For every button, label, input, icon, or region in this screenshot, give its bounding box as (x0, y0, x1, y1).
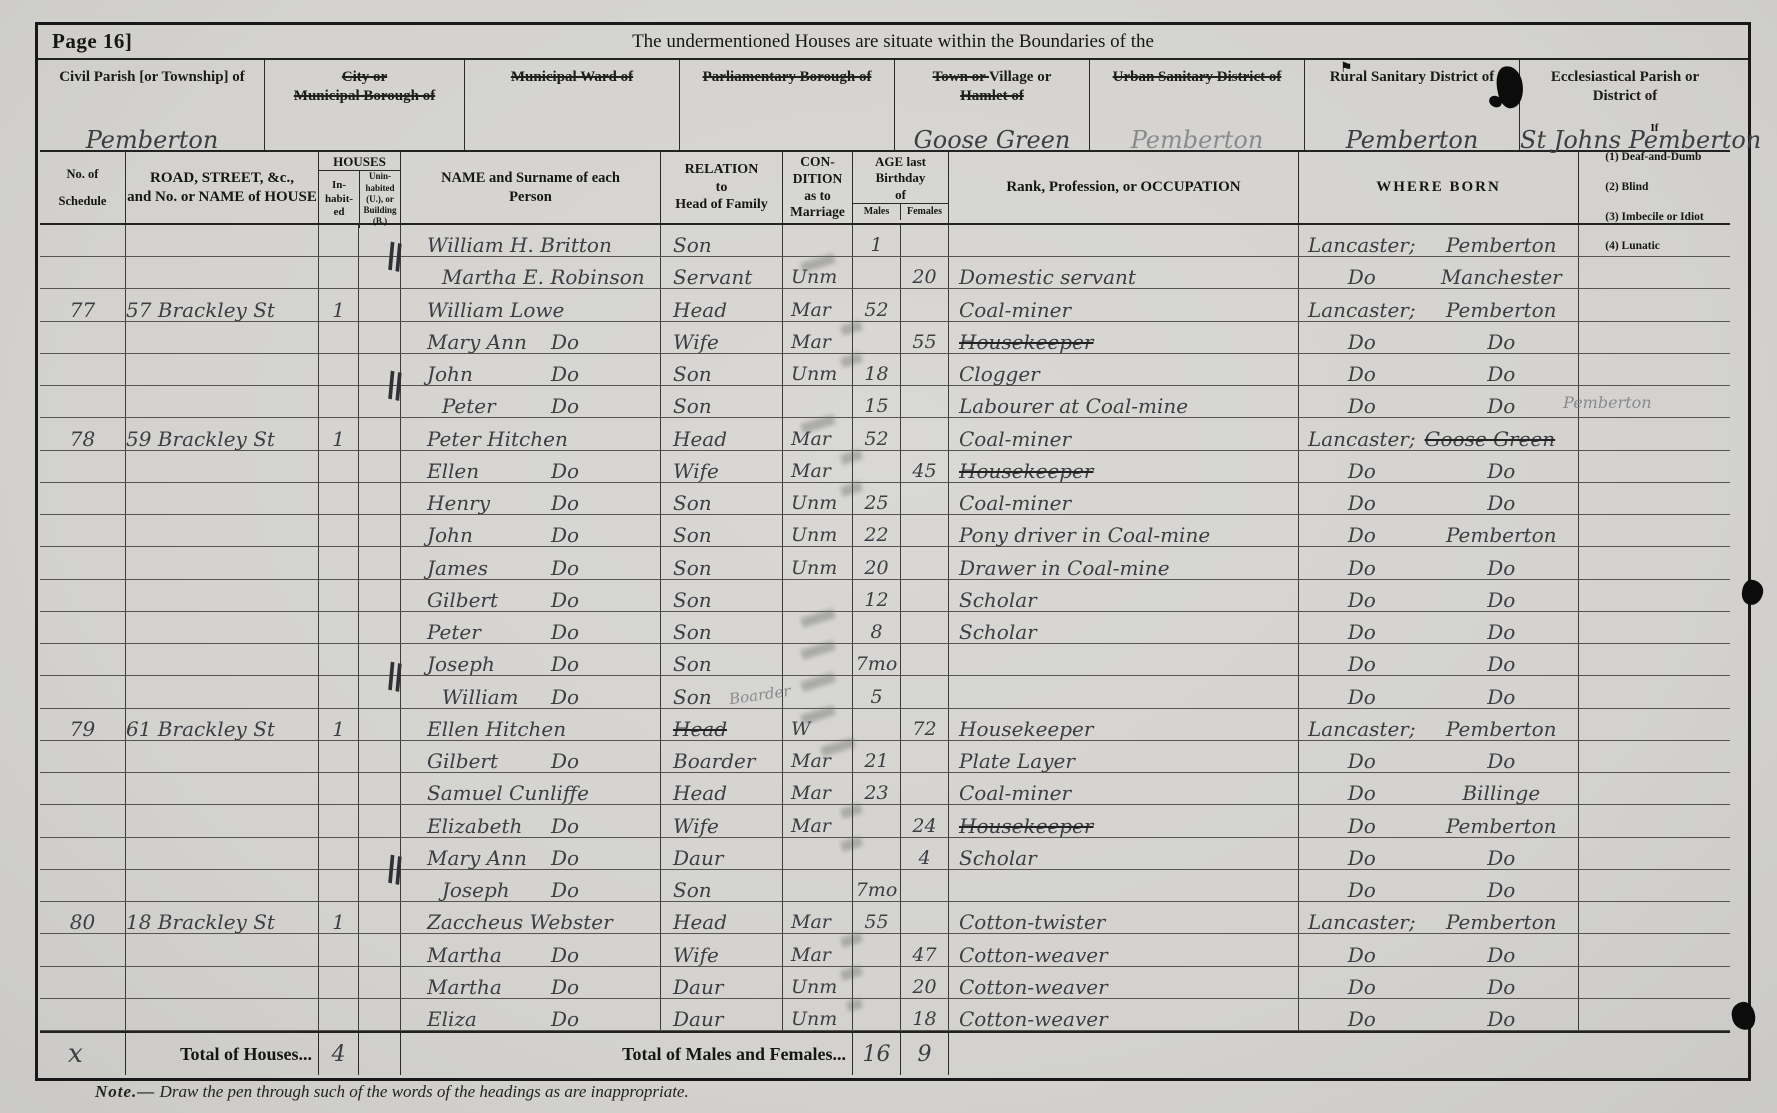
census-row: Mary AnnDoDaur4ScholarDoDo (40, 838, 1730, 870)
born-place: Pemberton (1446, 233, 1557, 258)
relation-value: Wife (673, 816, 719, 837)
born-county: Do (1299, 493, 1425, 514)
born-place: Pemberton (1446, 814, 1557, 839)
cell-rel: Son (660, 580, 782, 611)
cell-am (852, 967, 900, 998)
cell-born: DoDo (1298, 483, 1578, 514)
born-place-wrap: Do (1425, 493, 1578, 514)
cell-uninh (358, 967, 400, 998)
born-place: Do (1487, 459, 1515, 484)
census-row: \\JosephDoSon7moDoDo (40, 870, 1730, 902)
cell-born: DoDo (1298, 870, 1578, 901)
born-county: Do (1299, 622, 1425, 643)
condition-value: Unm (791, 365, 837, 385)
cell-value-sch: 78 (70, 429, 95, 450)
cell-name: JohnDo (400, 354, 660, 385)
cell-name: \\Martha E. Robinson (400, 257, 660, 288)
cell-occ: Cotton-weaver (948, 934, 1298, 965)
cell-sch (40, 386, 125, 417)
cell-uninh (358, 612, 400, 643)
cell-occ: Plate Layer (948, 741, 1298, 772)
col-header-age-group: AGE last Birthday of Males Females (852, 152, 948, 223)
cell-name: Zaccheus Webster (400, 902, 660, 933)
census-row: Samuel CunliffeHeadMar23Coal-minerDoBill… (40, 773, 1730, 805)
cell-occ: Coal-miner (948, 773, 1298, 804)
census-row: \\WilliamDoSon5DoDo (40, 676, 1730, 708)
person-surname-ditto: Do (551, 558, 579, 579)
cell-occ: Domestic servant (948, 257, 1298, 288)
born-place: Pemberton (1446, 910, 1557, 935)
cell-road (125, 838, 318, 869)
cell-occ: Cotton-weaver (948, 999, 1298, 1030)
cell-value-inh: 1 (332, 300, 345, 321)
cell-born: DoDo (1298, 547, 1578, 578)
born-place-wrap: Do (1425, 880, 1578, 901)
infirmity-line: (2) Blind (1605, 180, 1703, 195)
cell-inh: 1 (318, 902, 358, 933)
born-place-wrap: Do (1425, 558, 1578, 579)
cell-name: JosephDo (400, 644, 660, 675)
born-county: Do (1299, 687, 1425, 708)
cell-name: Ellen Hitchen (400, 709, 660, 740)
census-row: MarthaDoDaurUnm20Cotton-weaverDoDo (40, 967, 1730, 999)
header-box-2: City orMunicipal Borough of (265, 60, 465, 150)
person-surname-ditto: Do (551, 816, 579, 837)
occupation-value: Cotton-twister (959, 912, 1105, 933)
cell-am: 8 (852, 612, 900, 643)
born-place-wrap: Do (1425, 848, 1578, 869)
cell-inh (318, 386, 358, 417)
born-place-wrap: Do (1425, 364, 1578, 385)
cell-road (125, 451, 318, 482)
census-row: PeterDoSon8ScholarDoDo (40, 612, 1730, 644)
cell-cond: Mar (782, 418, 852, 449)
cell-sch: 78 (40, 418, 125, 449)
cell-af: 20 (900, 967, 948, 998)
relation-value: Son (673, 880, 712, 901)
cell-value-sch: 80 (70, 912, 95, 933)
person-surname-ditto: Do (551, 622, 579, 643)
cell-occ: Housekeeper (948, 451, 1298, 482)
census-row: JosephDoSon7moDoDo (40, 644, 1730, 676)
totals-check-mark: x (68, 1039, 83, 1069)
census-row: JohnDoSonUnm18CloggerDoDo (40, 354, 1730, 386)
born-place-wrap: Do (1425, 332, 1578, 353)
cell-inh (318, 676, 358, 707)
born-place-wrap: Pemberton (1425, 719, 1578, 740)
occupation-value: Drawer in Coal-mine (959, 558, 1170, 579)
cell-af (900, 902, 948, 933)
born-place-wrap: Do (1425, 654, 1578, 675)
born-place: Do (1487, 878, 1515, 903)
person-name: John (427, 364, 473, 385)
cell-road (125, 644, 318, 675)
cell-born: DoDo (1298, 999, 1578, 1030)
person-name: William Lowe (427, 300, 564, 321)
relation-value: Daur (673, 848, 723, 869)
born-county: Lancaster; (1299, 719, 1425, 740)
header-box-1: Civil Parish [or Township] ofPemberton (40, 60, 265, 150)
totals-houses-label: Total of Houses... (125, 1033, 318, 1075)
condition-value: Unm (791, 1010, 837, 1030)
cell-inh (318, 644, 358, 675)
cell-road (125, 515, 318, 546)
person-surname-ditto: Do (551, 493, 579, 514)
cell-born: DoDo (1298, 741, 1578, 772)
cell-born: Lancaster;Pemberton (1298, 289, 1578, 320)
totals-mark-cell: x (40, 1033, 125, 1075)
cell-occ: Coal-miner (948, 418, 1298, 449)
cell-inf (1578, 805, 1730, 836)
born-place-wrap: Goose GreenPemberton (1425, 429, 1578, 450)
relation-value: Daur (673, 1009, 723, 1030)
col-header-houses-group: HOUSES In- habit- ed Unin- habited (U.),… (318, 152, 400, 223)
cell-uninh (358, 451, 400, 482)
cell-sch: 77 (40, 289, 125, 320)
flag-mark-icon: ⚑ (1340, 60, 1353, 77)
cell-af: 55 (900, 322, 948, 353)
born-place: Pemberton (1446, 523, 1557, 548)
cell-inh (318, 225, 358, 256)
cell-value-road: 59 Brackley St (126, 429, 275, 450)
cell-occ (948, 870, 1298, 901)
cell-cond: Mar (782, 289, 852, 320)
born-place: Pemberton (1446, 717, 1557, 742)
cell-inh (318, 515, 358, 546)
cell-name: PeterDo (400, 612, 660, 643)
cell-af (900, 644, 948, 675)
cell-rel: Daur (660, 967, 782, 998)
born-place: Do (1487, 846, 1515, 871)
census-row: \\PeterDoSon15Labourer at Coal-mineDoDo (40, 386, 1730, 418)
person-name: Samuel Cunliffe (427, 783, 589, 804)
person-name: Joseph (442, 880, 510, 901)
cell-cond: Mar (782, 934, 852, 965)
born-county: Do (1299, 332, 1425, 353)
relation-value: Son (673, 558, 712, 579)
cell-inf (1578, 483, 1730, 514)
age-value: 21 (864, 752, 888, 772)
born-place-wrap: Pemberton (1425, 816, 1578, 837)
cell-occ: Housekeeper (948, 709, 1298, 740)
relation-value: Son (673, 590, 712, 611)
cell-cond: Unm (782, 515, 852, 546)
cell-am (852, 838, 900, 869)
totals-mf-label: Total of Males and Females... (400, 1033, 852, 1075)
born-place: Do (1487, 685, 1515, 710)
cell-inh (318, 580, 358, 611)
cell-value-inh: 1 (332, 429, 345, 450)
cell-rel: Head (660, 418, 782, 449)
cell-road: 61 Brackley St (125, 709, 318, 740)
person-surname-ditto: Do (551, 364, 579, 385)
col-header-inhabited: In- habit- ed (319, 171, 359, 227)
cell-cond: Unm (782, 354, 852, 385)
cell-inf (1578, 838, 1730, 869)
cell-am: 52 (852, 289, 900, 320)
census-row: ElizabethDoWifeMar24HousekeeperDoPembert… (40, 805, 1730, 837)
cell-am: 7mo (852, 644, 900, 675)
cell-af (900, 515, 948, 546)
born-county: Do (1299, 396, 1425, 417)
age-value: 7mo (856, 881, 898, 901)
cell-uninh (358, 999, 400, 1030)
cell-inh (318, 451, 358, 482)
person-surname-ditto: Do (551, 751, 579, 772)
cell-name: ElizaDo (400, 999, 660, 1030)
census-rows: William H. BrittonSon1Lancaster;Pemberto… (40, 225, 1730, 1031)
cell-uninh (358, 773, 400, 804)
cell-rel: Son (660, 547, 782, 578)
cell-inf (1578, 967, 1730, 998)
born-place-wrap: Billinge (1425, 783, 1578, 804)
cell-cond (782, 870, 852, 901)
occupation-value: Cotton-weaver (959, 1009, 1108, 1030)
cell-sch (40, 838, 125, 869)
header-box-value: Pemberton (1090, 126, 1304, 154)
born-county: Do (1299, 848, 1425, 869)
born-place-wrap: Do (1425, 622, 1578, 643)
cell-occ (948, 225, 1298, 256)
born-place-wrap: Do (1425, 396, 1578, 417)
header-box-value: Pemberton (40, 126, 264, 154)
person-surname-ditto: Do (551, 945, 579, 966)
census-row: MarthaDoWifeMar47Cotton-weaverDoDo (40, 934, 1730, 966)
born-place: Do (1487, 362, 1515, 387)
cell-am (852, 709, 900, 740)
cell-am: 18 (852, 354, 900, 385)
cell-rel: Son (660, 354, 782, 385)
occupation-value: Coal-miner (959, 783, 1071, 804)
born-place: Do (1487, 943, 1515, 968)
header-box-value: Pemberton (1305, 126, 1519, 154)
born-county: Do (1299, 558, 1425, 579)
occupation-value: Coal-miner (959, 429, 1071, 450)
condition-value: Mar (791, 946, 831, 966)
relation-value: Wife (673, 332, 719, 353)
cell-occ: Clogger (948, 354, 1298, 385)
col-header-males: Males (853, 204, 900, 220)
cell-rel: Daur (660, 999, 782, 1030)
cell-am: 5 (852, 676, 900, 707)
cell-af (900, 870, 948, 901)
born-place-wrap: Pemberton (1425, 235, 1578, 256)
cell-born: DoDo (1298, 838, 1578, 869)
col-header-occupation: Rank, Profession, or OCCUPATION (948, 152, 1298, 223)
cell-rel: Son (660, 225, 782, 256)
census-row: JamesDoSonUnm20Drawer in Coal-mineDoDo (40, 547, 1730, 579)
relation-value: Son (673, 235, 712, 256)
relation-value: Head (673, 429, 727, 450)
relation-value: Boarder (673, 751, 755, 772)
born-place: Do (1487, 652, 1515, 677)
cell-rel: Son (660, 483, 782, 514)
cell-name: HenryDo (400, 483, 660, 514)
person-surname-ditto: Do (551, 880, 579, 901)
born-place: Do (1487, 394, 1515, 419)
cell-cond: Mar (782, 322, 852, 353)
cell-rel: Wife (660, 322, 782, 353)
col-header-uninhabited: Unin- habited (U.), or Building (B.) (359, 171, 400, 227)
totals-spacer (358, 1033, 400, 1075)
census-row: GilbertDoSon12ScholarDoDo (40, 580, 1730, 612)
occupation-value: Pony driver in Coal-mine (959, 525, 1210, 546)
relation-value: Daur (673, 977, 723, 998)
cell-af (900, 676, 948, 707)
census-sheet: Page 16] The undermentioned Houses are s… (35, 22, 1751, 1081)
cell-cond (782, 644, 852, 675)
col-header-schedule: No. of Schedule (40, 152, 125, 223)
cell-sch (40, 934, 125, 965)
person-name: Eliza (427, 1009, 477, 1030)
cell-road (125, 225, 318, 256)
cell-born: Lancaster;Pemberton (1298, 709, 1578, 740)
born-place: Do (1487, 620, 1515, 645)
cell-road (125, 967, 318, 998)
cell-uninh (358, 547, 400, 578)
cell-rel: HeadBoarder (660, 709, 782, 740)
cell-cond: Mar (782, 773, 852, 804)
cell-born: DoDo (1298, 451, 1578, 482)
ink-blot (1740, 579, 1764, 607)
relation-value: Head (673, 300, 727, 321)
born-place: Do (1487, 588, 1515, 613)
born-place-wrap: Pemberton (1425, 300, 1578, 321)
header-box-text: City or (342, 69, 387, 85)
col-header-infirmity: If (1) Deaf-and-Dumb (2) Blind (3) Imbec… (1578, 152, 1730, 223)
born-place-wrap: Do (1425, 1009, 1578, 1030)
cell-name: MarthaDo (400, 934, 660, 965)
cell-af: 20 (900, 257, 948, 288)
cell-af (900, 354, 948, 385)
cell-uninh (358, 580, 400, 611)
cell-uninh (358, 709, 400, 740)
cell-sch: 80 (40, 902, 125, 933)
cell-af (900, 225, 948, 256)
cell-inf (1578, 773, 1730, 804)
cell-cond (782, 676, 852, 707)
cell-road (125, 805, 318, 836)
cell-name: ElizabethDo (400, 805, 660, 836)
relation-value: Son (673, 687, 712, 708)
person-name: William H. Britton (427, 235, 612, 256)
totals-males-value: 16 (852, 1033, 900, 1075)
condition-value: Unm (791, 978, 837, 998)
cell-inh: 1 (318, 709, 358, 740)
cell-sch (40, 741, 125, 772)
born-place: Do (1487, 975, 1515, 1000)
cell-inf (1578, 547, 1730, 578)
footer-note-text: Draw the pen through such of the words o… (160, 1082, 689, 1101)
cell-am (852, 934, 900, 965)
cell-uninh (358, 483, 400, 514)
age-group-label: AGE last Birthday of (875, 154, 926, 203)
header-box-text: Municipal Ward of (511, 69, 633, 85)
age-value: 52 (864, 430, 888, 450)
cell-am: 25 (852, 483, 900, 514)
age-value: 24 (912, 817, 936, 837)
cell-inh: 1 (318, 289, 358, 320)
houses-group-label: HOUSES (333, 154, 386, 170)
condition-value: Mar (791, 301, 831, 321)
cell-sch (40, 967, 125, 998)
cell-am (852, 257, 900, 288)
person-name: John (427, 525, 473, 546)
occupation-value: Clogger (959, 364, 1040, 385)
cell-inh (318, 805, 358, 836)
person-name: James (427, 558, 488, 579)
condition-value: Mar (791, 752, 831, 772)
cell-sch (40, 676, 125, 707)
cell-value-inh: 1 (332, 912, 345, 933)
age-value: 18 (912, 1010, 936, 1030)
cell-inh (318, 838, 358, 869)
cell-value-sch: 79 (70, 719, 95, 740)
cell-inf (1578, 709, 1730, 740)
cell-rel: Wife (660, 451, 782, 482)
header-box-text: Town or (933, 69, 989, 85)
born-county: Do (1299, 590, 1425, 611)
born-place: Do (1487, 556, 1515, 581)
cell-value-road: 61 Brackley St (126, 719, 275, 740)
cell-road (125, 999, 318, 1030)
cell-born: DoManchester (1298, 257, 1578, 288)
census-row: JohnDoSonUnm22Pony driver in Coal-mineDo… (40, 515, 1730, 547)
header-box-6: Urban Sanitary District ofPemberton (1090, 60, 1305, 150)
born-county: Lancaster; (1299, 429, 1425, 450)
age-value: 12 (864, 591, 888, 611)
cell-born: DoDo (1298, 386, 1578, 417)
born-county: Do (1299, 461, 1425, 482)
condition-value: Mar (791, 784, 831, 804)
occupation-value: Coal-miner (959, 300, 1071, 321)
occupation-value: Housekeeper (959, 719, 1093, 740)
cell-inh (318, 870, 358, 901)
cell-inf (1578, 870, 1730, 901)
born-county: Lancaster; (1299, 235, 1425, 256)
condition-value: Mar (791, 817, 831, 837)
banner-text: The undermentioned Houses are situate wi… (38, 31, 1748, 53)
cell-inf (1578, 354, 1730, 385)
cell-occ: Scholar (948, 612, 1298, 643)
age-value: 72 (912, 720, 936, 740)
col-header-relation: RELATION to Head of Family (660, 152, 782, 223)
occupation-value: Scholar (959, 622, 1037, 643)
cell-inf (1578, 902, 1730, 933)
cell-value-inh: 1 (332, 719, 345, 740)
cell-inh (318, 999, 358, 1030)
age-value: 20 (864, 559, 888, 579)
age-value: 1 (870, 236, 882, 256)
cell-road (125, 676, 318, 707)
condition-value: Unm (791, 526, 837, 546)
cell-uninh (358, 515, 400, 546)
cell-occ: Scholar (948, 838, 1298, 869)
condition-value: Unm (791, 559, 837, 579)
cell-born: DoPemberton (1298, 805, 1578, 836)
condition-value: W (791, 720, 811, 740)
age-value: 20 (912, 268, 936, 288)
cell-name: Peter Hitchen (400, 418, 660, 449)
cell-name: EllenDo (400, 451, 660, 482)
person-name: Zaccheus Webster (427, 912, 613, 933)
cell-am: 52 (852, 418, 900, 449)
header-box-text: Parliamentary Borough of (703, 69, 872, 85)
cell-af (900, 418, 948, 449)
cell-cond: Mar (782, 451, 852, 482)
cell-road (125, 934, 318, 965)
condition-value: Mar (791, 333, 831, 353)
